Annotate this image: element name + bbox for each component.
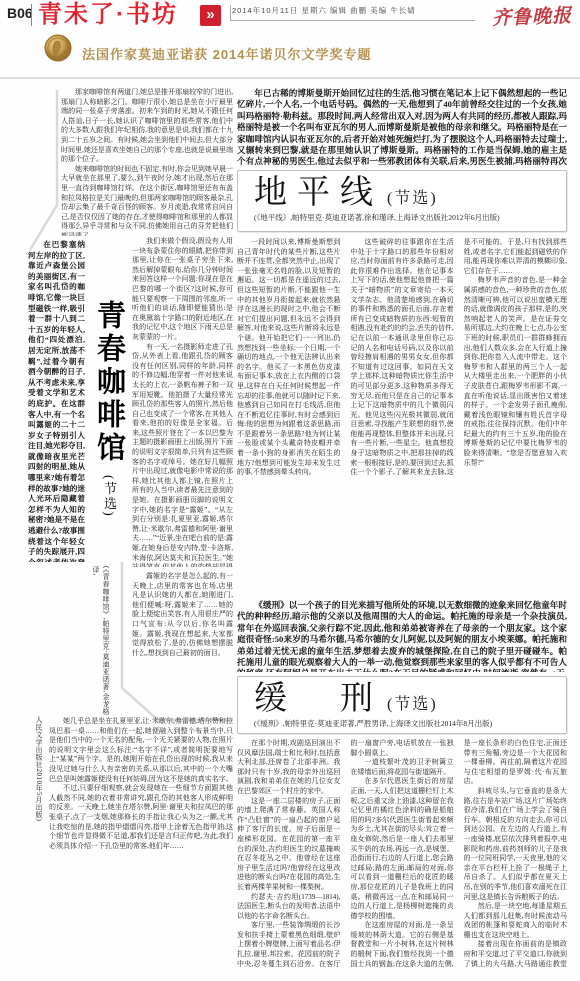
topic-divider	[0, 77, 580, 79]
paragraph: 那家咖啡馆有两道门,她总是推开那扇较窄的门进出,那扇门人称暗影之门。咖啡厅很小,…	[61, 88, 233, 165]
masthead-logo: 齐鲁晚报	[492, 1, 573, 31]
paragraph: 不过,只要仔细观察,就会发现她在一些细节方面跟其他人截然不同,她的衣着非常讲究,…	[49, 784, 233, 851]
cafe-body-middle: 我们来做个假设,假设有人用一块布条蒙住你的眼睛,把你带到那里,让你在一张桌子旁坐…	[132, 237, 233, 567]
paragraph: 我们来做个假设,假设有人用一块布条蒙住你的眼睛,把你带到那里,让你在一张桌子旁坐…	[132, 237, 233, 343]
section-title: 青未了·书坊	[38, 0, 178, 30]
paragraph: 梅罗韦声音的音色,是一种金属质感的音色,一种珍贵的音色,依然清晰可辨,他可以说出…	[464, 276, 567, 468]
date-tick	[230, 5, 231, 21]
date-line: 2014年10月11日 星期六 编辑 曲鹏 美编 牛长婧	[232, 5, 416, 16]
paragraph: 这是一座二层楼的房子,正面的墙上爬满了常春藤。英国人称作“凸肚窗”的一扇凸起的窗…	[237, 797, 340, 893]
paragraph: 她来咖啡馆的时间也不固定,有时,你会见到她早晨一大早就坐在那里了,要么,到午夜时…	[61, 165, 233, 236]
header-divider	[31, 4, 32, 26]
chevron-double-icon: »	[200, 5, 221, 26]
paragraph: 《缓刑》以一个孩子的目光来描写他所处的环境,以无数细微的迹象来回忆他童年时代的种…	[237, 600, 567, 672]
paragraph: 然后,是一块空地,每逢星期五人们都到那儿赶集,有时候流动马戏团的帐篷和耍蛇商人的…	[464, 902, 567, 940]
nobel-medal-icon	[44, 34, 72, 67]
newspaper-page: B06 青未了·书坊 » 2014年10月11日 星期六 编辑 曲鹏 美编 牛长…	[0, 0, 580, 981]
date-rule	[230, 20, 475, 21]
paragraph: 斜坡尽头,与它垂直的是条大路,往右是车站广场,这片广场始终很冷清,我们在广场上学…	[464, 787, 567, 902]
paragraph: 年已古稀的博斯曼斯开始回忆过往的生活,他习惯在笔记本上记下偶然想起的一些记忆碎片…	[237, 88, 567, 168]
cafe-body-bottom: 她几乎总是坐在扎夏里亚,让·米歇尔,弗雷德,塔尔赞和拉凤巴那一桌……和他们在一起…	[49, 717, 233, 975]
paragraph: 她几乎总是坐在扎夏里亚,让·米歇尔,弗雷德,塔尔赞和拉凤巴那一桌……和他们在一起…	[49, 717, 233, 784]
paragraph: 一段时间以来,博斯曼斯想到自己青年时代的某些片断,这些片断并不连贯,全都突然中止…	[237, 238, 340, 478]
cafe-body-lower: 露姬的名字是怎么起的,有一天晚上,店里的常客也在场,店里凡是认识她的人都在,她刚…	[132, 572, 233, 712]
paragraph: 在巴黎塞纳河左岸的拉丁区,靠近卢森堡公园的美丽街区,有一家名叫孔岱的咖啡馆,它像…	[28, 240, 85, 562]
paragraph: 在多尔代恩医生街后的房屋正面,一天,人们把这道栅栏钉上木板,之后重又涂上油漆,这…	[350, 777, 453, 921]
cafe-intro-sidebar: 在巴黎塞纳河左岸的拉丁区,靠近卢森堡公园的美丽街区,有一家名叫孔岱的咖啡馆,它像…	[28, 240, 85, 562]
probation-title-box: 缓 刑 (节选) (《缓刑》,帕特里克·莫迪亚诺著,严胜男译,上海译文出版社20…	[237, 676, 567, 734]
cafe-subtitle: (节选)	[102, 475, 117, 518]
paragraph: 有一天,一名摄影师走进了孔岱,从外表上看,他跟孔岱的顾客没有任何区别,同样的年龄…	[132, 343, 233, 567]
cafe-title: 青春咖啡馆	[93, 300, 125, 465]
probation-citation: (《缓刑》,帕特里克·莫迪亚诺著,严胜男译,上海译文出版社2014年8月出版)	[238, 717, 566, 729]
topic-label: 法国作家莫迪亚诺获 2014年诺贝尔文学奖专题	[82, 44, 372, 63]
paragraph: 一道枝繁叶茂的卫矛树篱立在矮墙后面,将花园与街道隔开。	[350, 758, 453, 777]
probation-intro: 《缓刑》以一个孩子的目光来描写他所处的环境,以无数细微的迹象来回忆他童年时代的种…	[237, 600, 567, 672]
horizon-columns: 一段时间以来,博斯曼斯想到自己青年时代的某些片断,这些片断并不连贯,全都突然中止…	[237, 238, 567, 592]
cafe-citation-strip-1: (《青春咖啡馆》,帕特里克·莫迪亚诺著,金龙格译,	[96, 566, 111, 724]
cafe-citation-strip-2: 人民文学出版社2010年5月出版)	[29, 716, 44, 866]
horizon-citation: (《地平线》,帕特里克·莫迪亚诺著,徐和瑾译,上海译文出版社2012年6月出版)	[238, 211, 566, 223]
probation-subtitle: (节选)	[387, 696, 438, 713]
probation-columns: 在那个时期,戏剧巡回演出不仅风靡法国,瑞士和比利时,包括意大利北部,还席卷了北部…	[237, 739, 567, 977]
paragraph: 约瑟夫·吉约坦(1739—1814),法国医生,断头台的发明者,法语中以他的名字…	[237, 893, 340, 922]
horizon-title: 地平线	[254, 175, 383, 211]
probation-title: 缓 刑	[254, 681, 383, 717]
cafe-vertical-title: 青春咖啡馆 (节选)	[86, 300, 130, 582]
paragraph: 露姬的名字是怎么起的,有一天晚上,店里的常客也在场,店里凡是认识她的人都在,她刚…	[132, 572, 233, 658]
cafe-body-top: 那家咖啡馆有两道门,她总是推开那扇较窄的门进出,那扇门人称暗影之门。咖啡厅很小,…	[61, 88, 233, 236]
paragraph: 在那个时期,戏剧巡回演出不仅风靡法国,瑞士和比利时,包括意大利北部,还席卷了北部…	[237, 739, 340, 797]
horizon-title-box: 地平线 (节选) (《地平线》,帕特里克·莫迪亚诺著,徐和瑾译,上海译文出版社2…	[237, 170, 567, 232]
horizon-intro: 年已古稀的博斯曼斯开始回忆过往的生活,他习惯在笔记本上记下偶然想起的一些记忆碎片…	[237, 88, 567, 168]
page-number: B06	[7, 5, 33, 21]
horizon-subtitle: (节选)	[387, 190, 438, 207]
